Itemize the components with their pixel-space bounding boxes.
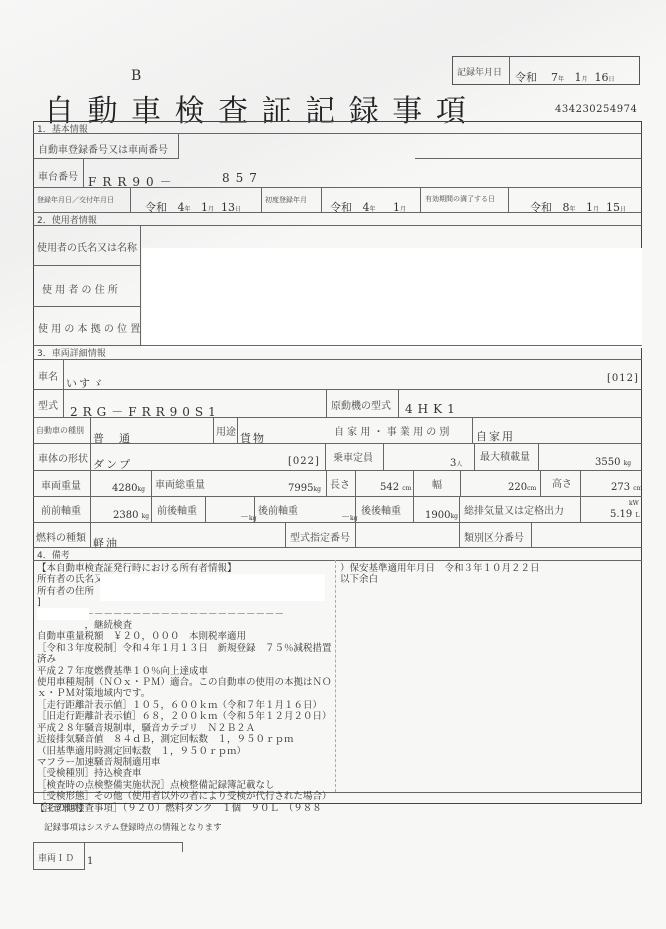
rear-rear-axle-value: 1900kg <box>425 510 458 521</box>
remark-line: ［受検種別］持込検査車 <box>37 768 332 779</box>
remark-line: 使用車種規制（ＮＯｘ・ＰＭ）適合。この自動車の使用の本拠はＮＯ <box>37 677 332 688</box>
notes-title: 【注意事項】 <box>36 802 87 814</box>
height-label: 高さ <box>552 475 572 490</box>
remark-line: 近接排気騒音値 ８４ｄＢ，測定回転数 １，９５０ｒｐｍ <box>37 734 332 745</box>
engine-label: 原動機の型式 <box>331 397 391 412</box>
vehicle-kind-label: 自動車の種別 <box>36 425 84 436</box>
chassis-suffix: 857 <box>222 171 263 185</box>
front-rear-axle-label: 前後軸重 <box>157 502 197 517</box>
base-location-label: 使 用 の 本 拠 の 位 置 <box>38 320 140 335</box>
use-type-label: 自 家 用 ・ 事 業 用 の 別 <box>334 423 449 438</box>
fuel-type-label: 燃料の種類 <box>36 529 86 544</box>
width-label: 幅 <box>432 476 442 491</box>
record-date-box: 記録年月日 令和 7年 1月 16日 <box>452 56 640 85</box>
gross-weight-label: 車両総重量 <box>155 476 205 491</box>
remark-line: 平成２８年騒音規制車，騒音カテゴリ Ｎ２Ｂ２Ａ <box>37 723 332 734</box>
type-designation-label: 型式指定番号 <box>290 529 350 544</box>
remark-line: ｘ・ＰＭ対策地域内です。 <box>37 688 332 699</box>
remarks-divider <box>335 560 336 792</box>
capacity-label: 乗車定員 <box>333 449 373 464</box>
max-load-label: 最大積載量 <box>480 448 530 463</box>
remark-line: ，継続検査 <box>37 620 332 631</box>
length-value: 542 cm <box>380 482 411 493</box>
remark-line: 【本自動車検査証発行時における所有者情報】 <box>37 563 332 574</box>
section-vehicle-detail-title: 3．車両詳細情報 <box>37 346 106 359</box>
rear-front-axle-label: 後前軸重 <box>258 502 298 517</box>
user-name-label: 使用者の氏名又は名称 <box>37 239 137 254</box>
vehicle-weight-value: 4280kg <box>112 483 145 494</box>
remark-line: ［令和３年度税制］令和４年１月１３日 新規登録 ７５％減税措置 <box>37 643 332 654</box>
purpose-label: 用途 <box>216 423 236 438</box>
remark-line: マフラー加速騒音規制適用車 <box>37 757 332 768</box>
vehicle-weight-label: 車両重量 <box>41 477 81 492</box>
expiry-label: 有効期間の満了する日 <box>425 194 495 204</box>
remark-line: 済み <box>37 654 332 665</box>
document-mark: B <box>131 68 141 84</box>
gross-weight-value: 7995kg <box>288 483 321 494</box>
record-date-value: 令和 7年 1月 16日 <box>515 69 615 85</box>
body-shape-code: [022] <box>288 456 320 467</box>
vehicle-id-label: 車両ＩＤ <box>38 851 74 864</box>
reg-number-label: 自動車登録番号又は車両番号 <box>38 141 168 156</box>
chassis-label: 車台番号 <box>38 168 78 183</box>
document-number: 434230254974 <box>555 104 637 115</box>
displacement-label: 総排気量又は定格出力 <box>464 502 564 517</box>
body-shape-label: 車体の形状 <box>38 450 88 465</box>
remark-line: ）保安基準適用年月日 令和３年１０月２２日 <box>340 563 540 574</box>
front-front-axle-label: 前前軸重 <box>41 502 81 517</box>
length-label: 長さ <box>330 476 350 491</box>
vehicle-id-box: 車両ＩＤ 1 <box>33 842 183 870</box>
remark-line: （旧基準適用時測定回転数 １，９５０ｒｐｍ） <box>37 746 332 757</box>
vehicle-id-value: 1 <box>87 856 93 867</box>
reg-date-label: 登録年月日／交付年月日 <box>37 195 114 205</box>
remark-line: 以下余白 <box>340 574 540 585</box>
max-load-value: 3550 kg <box>595 457 631 468</box>
car-name-label: 車名 <box>38 368 58 383</box>
redacted-remark-prefix <box>37 608 89 620</box>
rear-rear-axle-label: 後後軸重 <box>361 502 401 517</box>
height-value: 273 cm <box>611 482 642 493</box>
first-reg-label: 初度登録年月 <box>265 195 307 205</box>
remark-line: ［検査時の点検整備実施状況］点検整備記録簿記載なし <box>37 780 332 791</box>
fuel-type-value: 軽油 <box>93 535 119 551</box>
width-value: 220cm <box>508 482 536 493</box>
front-front-axle-value: 2380 kg <box>113 510 149 521</box>
record-date-label: 記録年月日 <box>457 65 502 78</box>
car-name-code: [012] <box>607 373 639 384</box>
remark-line: 自動車重量税額 ￥２０，０００ 本則税率適用 <box>37 631 332 642</box>
remarks-right-column: ）保安基準適用年月日 令和３年１０月２２日以下余白 <box>340 563 540 586</box>
capacity-value: 3人 <box>450 458 462 469</box>
model-label: 型式 <box>38 397 58 412</box>
notes-text: 記録事項はシステム登録時点の情報となります <box>44 821 222 833</box>
displacement-unit-kw: kW <box>629 500 639 507</box>
use-type-value: 自家用 <box>476 428 515 444</box>
redacted-user-info <box>142 248 642 348</box>
displacement-value: 5.19 L <box>610 509 639 520</box>
remark-line: 平成２７年度燃費基準１０％向上達成車 <box>37 666 332 677</box>
remark-line: ［旧走行距離計表示値］６８，２００ｋｍ（令和５年１２月２０日） <box>37 711 332 722</box>
redacted-owner-info <box>100 574 325 601</box>
category-number-label: 類別区分番号 <box>464 529 524 544</box>
user-address-label: 使 用 者 の 住 所 <box>42 281 118 296</box>
engine-value: 4HK1 <box>405 402 460 416</box>
remark-line: ［走行距離計表示値］１０５，６００ｋｍ（令和７年１月１６日） <box>37 700 332 711</box>
remark-line: ［受検形態］その他（使用者以外の者により受検が代行された場合） <box>37 791 332 802</box>
